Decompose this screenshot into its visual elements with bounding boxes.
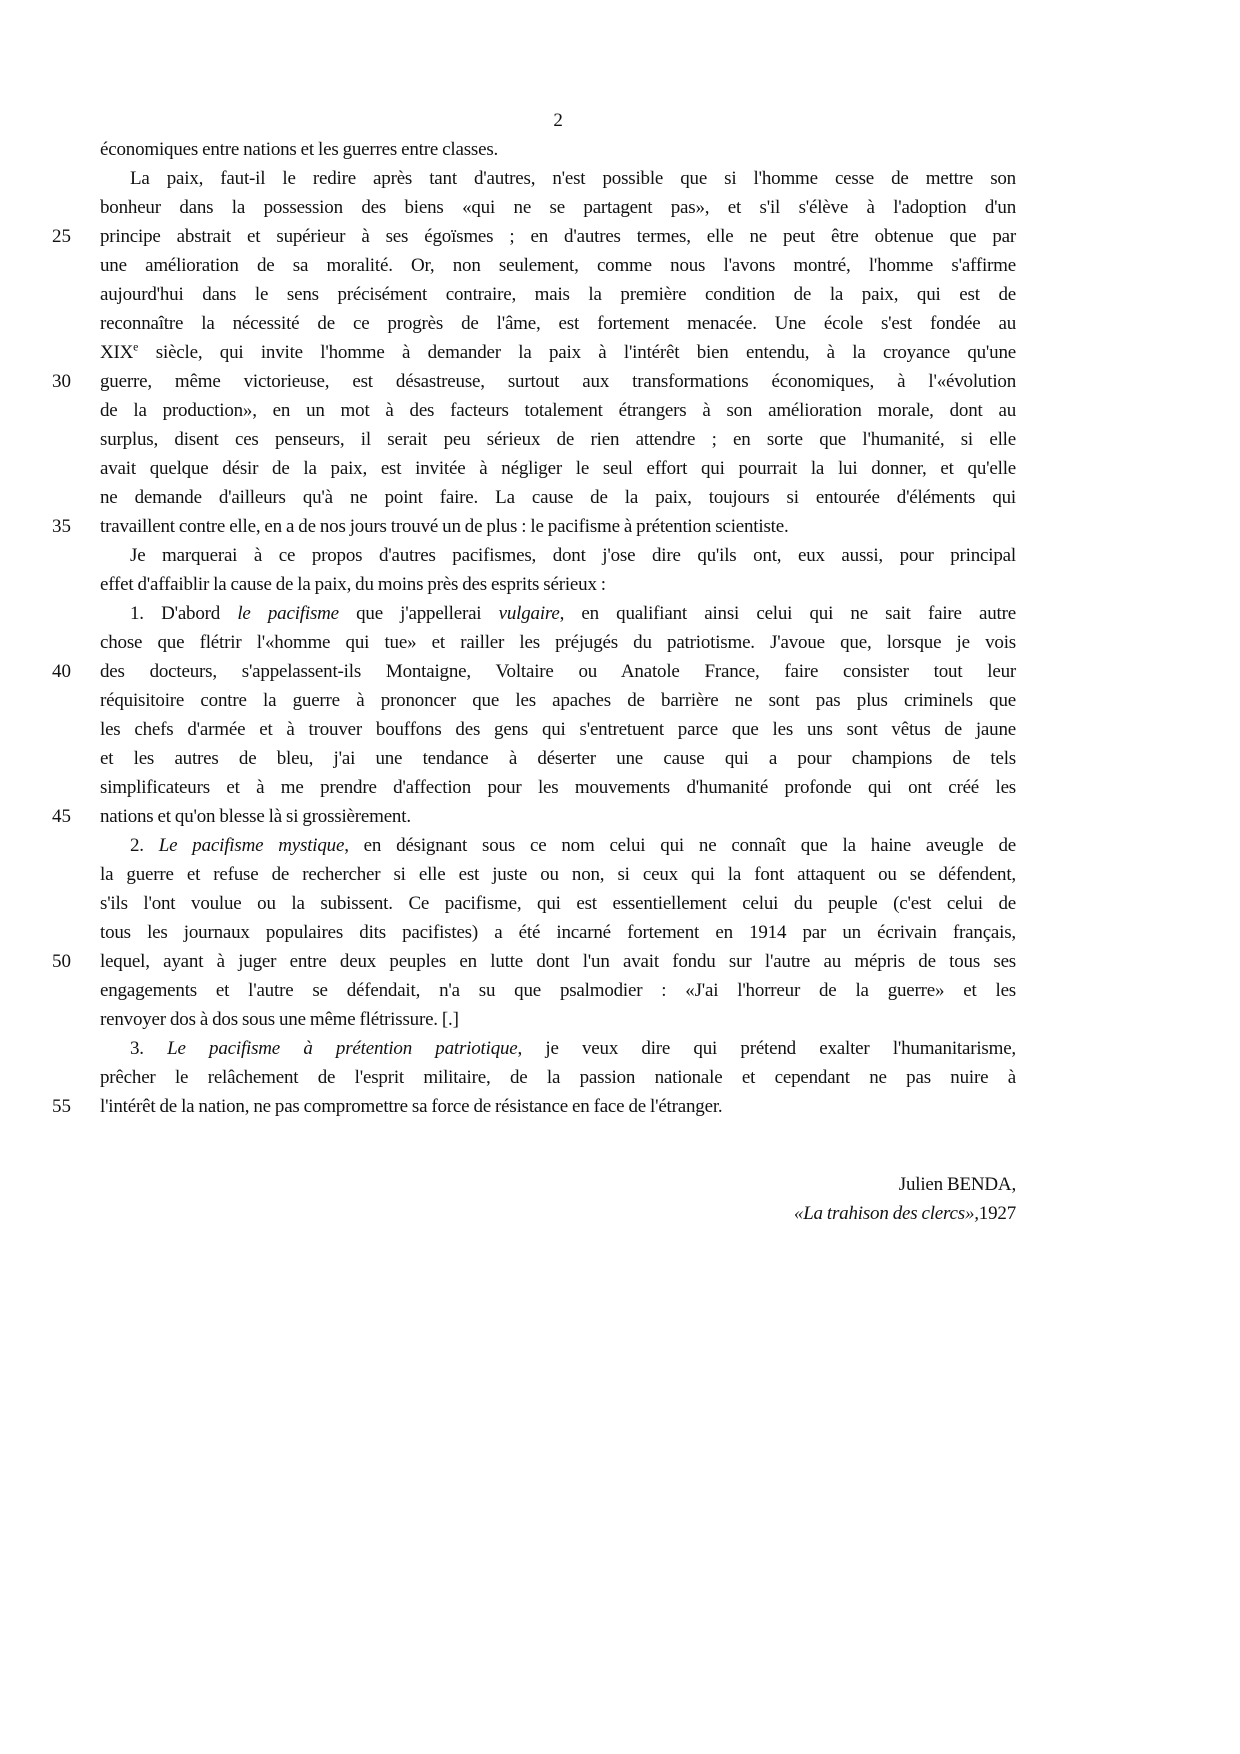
text-line: 1. D'abord le pacifisme que j'appellerai… (100, 599, 1016, 628)
text-segment: , je veux dire qui prétend exalter l'hum… (518, 1038, 1016, 1059)
text-line: réquisitoire contre la guerre à prononce… (100, 686, 1016, 715)
text-line: avait quelque désir de la paix, est invi… (100, 454, 1016, 483)
text-line: engagements et l'autre se défendait, n'a… (100, 976, 1016, 1005)
text-line: simplificateurs et à me prendre d'affect… (100, 773, 1016, 802)
text-line: 40des docteurs, s'appelassent-ils Montai… (100, 657, 1016, 686)
text-segment: Je marquerai à ce propos d'autres pacifi… (130, 545, 1016, 566)
text-line: 2. Le pacifisme mystique, en désignant s… (100, 831, 1016, 860)
text-segment: , en désignant sous ce nom celui qui ne … (344, 835, 1016, 856)
text-lines-container: économiques entre nations et les guerres… (100, 135, 1016, 1121)
text-segment: nations et qu'on blesse là si grossièrem… (100, 806, 411, 827)
text-segment: siècle, qui invite l'homme à demander la… (138, 342, 1016, 363)
margin-line-number: 40 (52, 657, 92, 686)
text-line: La paix, faut-il le redire après tant d'… (100, 164, 1016, 193)
margin-line-number: 55 (52, 1092, 92, 1121)
text-line: 3. Le pacifisme à prétention patriotique… (100, 1034, 1016, 1063)
text-segment: économiques entre nations et les guerres… (100, 139, 498, 160)
text-line: 50lequel, ayant à juger entre deux peupl… (100, 947, 1016, 976)
text-line: une amélioration de sa moralité. Or, non… (100, 251, 1016, 280)
text-line: Je marquerai à ce propos d'autres pacifi… (100, 541, 1016, 570)
margin-line-number: 50 (52, 947, 92, 976)
italic-text: Le pacifisme à prétention patriotique (167, 1038, 517, 1059)
text-line: aujourd'hui dans le sens précisément con… (100, 280, 1016, 309)
text-segment: que j'appellerai (339, 603, 499, 624)
text-line: ne demande d'ailleurs qu'à ne point fair… (100, 483, 1016, 512)
margin-line-number: 45 (52, 802, 92, 831)
text-segment: travaillent contre elle, en a de nos jou… (100, 516, 789, 537)
text-segment: l'intérêt de la nation, ne pas compromet… (100, 1096, 722, 1117)
text-segment: ne demande d'ailleurs qu'à ne point fair… (100, 487, 1016, 508)
text-segment: simplificateurs et à me prendre d'affect… (100, 777, 1016, 798)
text-segment: XIX (100, 342, 133, 363)
text-line: 25principe abstrait et supérieur à ses é… (100, 222, 1016, 251)
margin-line-number: 35 (52, 512, 92, 541)
text-line: 35travaillent contre elle, en a de nos j… (100, 512, 1016, 541)
text-segment: effet d'affaiblir la cause de la paix, d… (100, 574, 606, 595)
text-segment: principe abstrait et supérieur à ses égo… (100, 226, 1016, 247)
margin-line-number: 30 (52, 367, 92, 396)
text-line: reconnaître la nécessité de ce progrès d… (100, 309, 1016, 338)
text-segment: lequel, ayant à juger entre deux peuples… (100, 951, 1016, 972)
text-line: tous les journaux populaires dits pacifi… (100, 918, 1016, 947)
italic-text: vulgaire (499, 603, 560, 624)
text-segment: engagements et l'autre se défendait, n'a… (100, 980, 1016, 1001)
text-segment: une amélioration de sa moralité. Or, non… (100, 255, 1016, 276)
page-number: 2 (100, 106, 1016, 135)
text-line: les chefs d'armée et à trouver bouffons … (100, 715, 1016, 744)
text-segment: prêcher le relâchement de l'esprit milit… (100, 1067, 1016, 1088)
italic-text: Le pacifisme mystique (159, 835, 344, 856)
text-line: 30guerre, même victorieuse, est désastre… (100, 367, 1016, 396)
text-line: chose que flétrir l'«homme qui tue» et r… (100, 628, 1016, 657)
text-segment: réquisitoire contre la guerre à prononce… (100, 690, 1016, 711)
italic-text: le pacifisme (237, 603, 339, 624)
text-body: 2 économiques entre nations et les guerr… (100, 106, 1016, 1228)
text-line: 55l'intérêt de la nation, ne pas comprom… (100, 1092, 1016, 1121)
text-line: renvoyer dos à dos sous une même flétris… (100, 1005, 1016, 1034)
text-segment: 3. (130, 1038, 167, 1059)
text-segment: des docteurs, s'appelassent-ils Montaign… (100, 661, 1016, 682)
text-segment: bonheur dans la possession des biens «qu… (100, 197, 1016, 218)
text-segment: 2. (130, 835, 159, 856)
text-segment: aujourd'hui dans le sens précisément con… (100, 284, 1016, 305)
text-segment: et les autres de bleu, j'ai une tendance… (100, 748, 1016, 769)
signature-work-title: «La trahison des clercs», (794, 1203, 979, 1224)
text-line: 45nations et qu'on blesse là si grossièr… (100, 802, 1016, 831)
text-segment: 1. D'abord (130, 603, 237, 624)
text-line: de la production», en un mot à des facte… (100, 396, 1016, 425)
signature: Julien BENDA, «La trahison des clercs»,1… (100, 1170, 1016, 1228)
text-segment: de la production», en un mot à des facte… (100, 400, 1016, 421)
text-segment: La paix, faut-il le redire après tant d'… (130, 168, 1016, 189)
text-segment: s'ils l'ont voulue ou la subissent. Ce p… (100, 893, 1016, 914)
text-segment: tous les journaux populaires dits pacifi… (100, 922, 1016, 943)
text-line: économiques entre nations et les guerres… (100, 135, 1016, 164)
text-line: la guerre et refuse de rechercher si ell… (100, 860, 1016, 889)
text-segment: la guerre et refuse de rechercher si ell… (100, 864, 1016, 885)
text-line: prêcher le relâchement de l'esprit milit… (100, 1063, 1016, 1092)
text-segment: reconnaître la nécessité de ce progrès d… (100, 313, 1016, 334)
text-line: et les autres de bleu, j'ai une tendance… (100, 744, 1016, 773)
text-line: XIXe siècle, qui invite l'homme à demand… (100, 338, 1016, 367)
text-segment: surplus, disent ces penseurs, il serait … (100, 429, 1016, 450)
margin-line-number: 25 (52, 222, 92, 251)
signature-year: 1927 (979, 1203, 1016, 1224)
text-segment: guerre, même victorieuse, est désastreus… (100, 371, 1016, 392)
text-segment: chose que flétrir l'«homme qui tue» et r… (100, 632, 1016, 653)
signature-author: Julien BENDA, (100, 1170, 1016, 1199)
text-segment: renvoyer dos à dos sous une même flétris… (100, 1009, 459, 1030)
text-segment: les chefs d'armée et à trouver bouffons … (100, 719, 1016, 740)
text-line: bonheur dans la possession des biens «qu… (100, 193, 1016, 222)
text-segment: , en qualifiant ainsi celui qui ne sait … (560, 603, 1016, 624)
text-segment: avait quelque désir de la paix, est invi… (100, 458, 1016, 479)
text-line: s'ils l'ont voulue ou la subissent. Ce p… (100, 889, 1016, 918)
text-line: effet d'affaiblir la cause de la paix, d… (100, 570, 1016, 599)
text-line: surplus, disent ces penseurs, il serait … (100, 425, 1016, 454)
signature-work: «La trahison des clercs»,1927 (100, 1199, 1016, 1228)
document-page: 2 économiques entre nations et les guerr… (0, 0, 1240, 1754)
